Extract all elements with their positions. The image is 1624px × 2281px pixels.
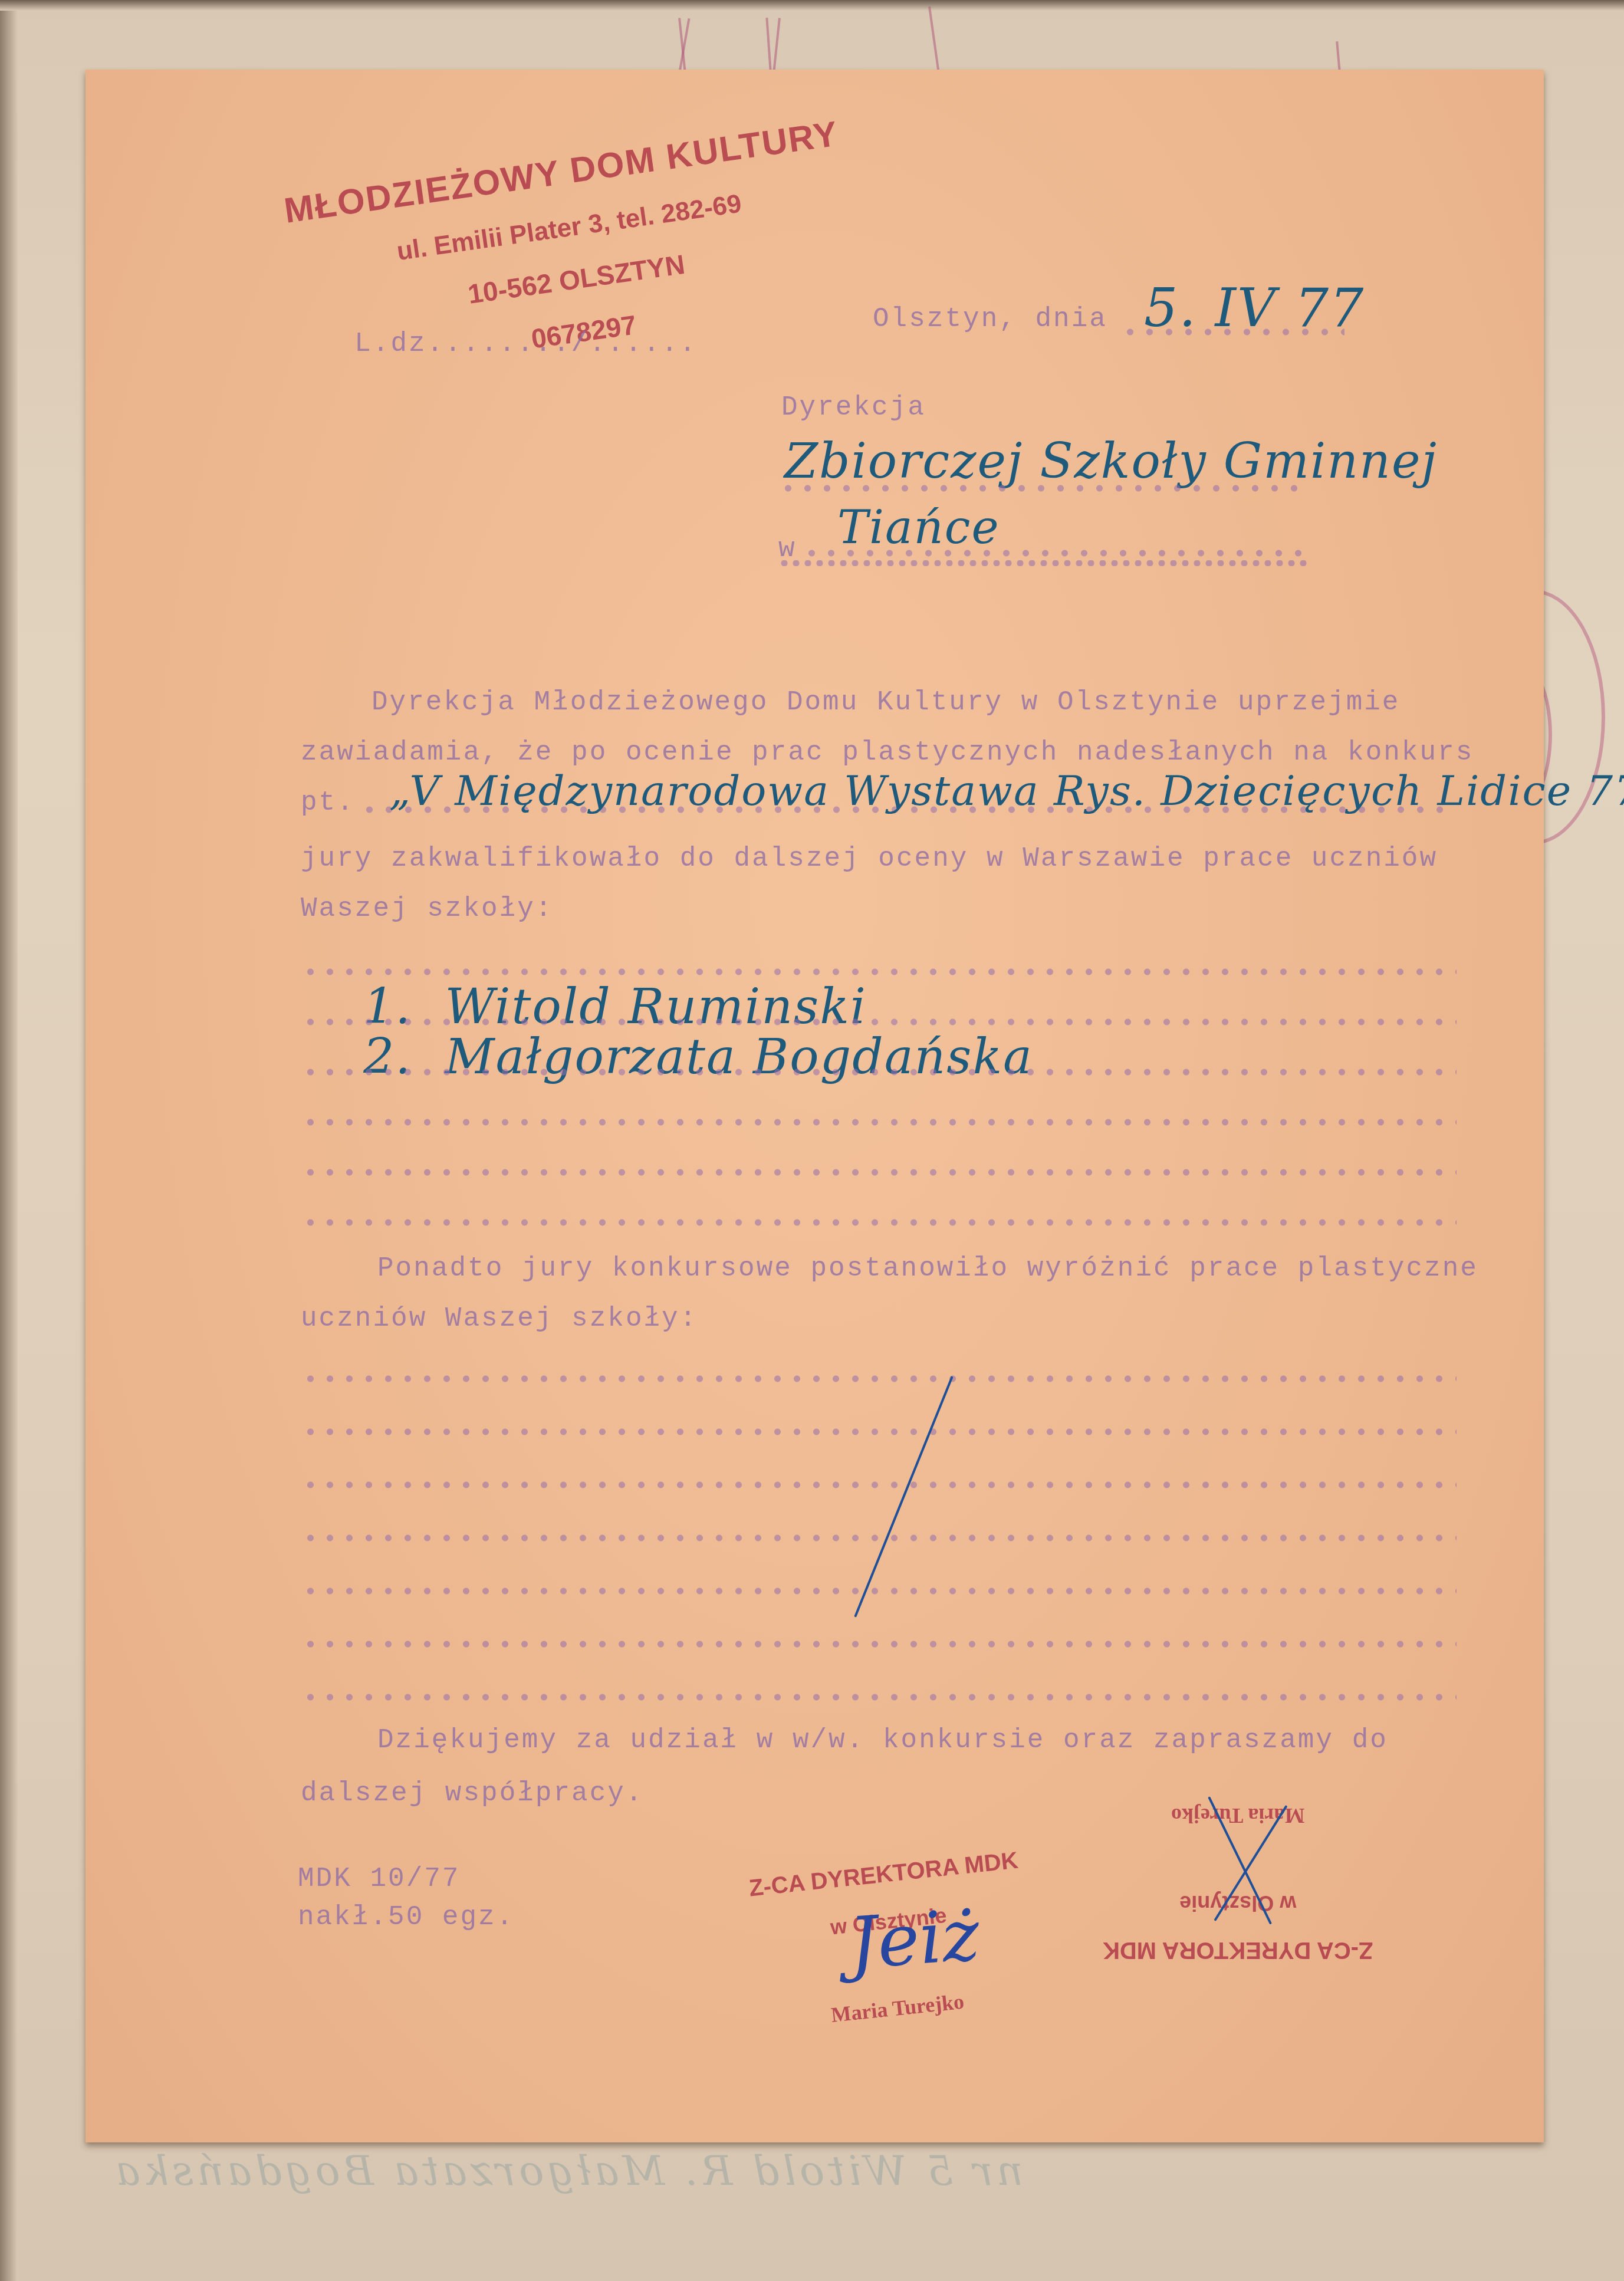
body-line: Dyrekcja Młodzieżowego Domu Kultury w Ol… xyxy=(372,687,1400,718)
pencil-mark xyxy=(928,6,940,74)
body-line: Waszej szkoły: xyxy=(301,893,553,924)
addressee-dotted-line xyxy=(778,484,1309,493)
pencil-mark xyxy=(765,18,772,74)
body-line: Dziękujemy za udział w w/w. konkursie or… xyxy=(377,1725,1388,1756)
body-line: dalszej współpracy. xyxy=(301,1778,644,1809)
distinction-dotted-line xyxy=(301,1533,1457,1543)
stamp-signatory-name: Maria Turejko xyxy=(1103,1803,1373,1828)
list-dotted-line xyxy=(301,1118,1457,1127)
pencil-mark xyxy=(1336,41,1341,74)
footer-ref: MDK 10/77 xyxy=(298,1863,460,1894)
reference-value: ......./...... xyxy=(445,328,697,359)
stamp-title: Z-CA DYREKTORA MDK xyxy=(748,1848,1020,1902)
addressee-underline xyxy=(778,560,1309,566)
pencil-mark xyxy=(772,18,781,74)
reference-label-text: L.dz. xyxy=(354,328,445,359)
voided-stamp: Z-CA DYREKTORA MDK w Olsztynie Maria Tur… xyxy=(1103,1793,1373,1984)
handwritten-addressee-town: Tiańce xyxy=(837,501,1000,554)
distinction-dotted-line xyxy=(301,1427,1457,1437)
addressee-dotted-line-2 xyxy=(802,548,1309,558)
addressee-label: Dyrekcja xyxy=(781,392,926,423)
body-line: Ponadto jury konkursowe postanowiło wyró… xyxy=(377,1253,1478,1284)
list-dotted-line xyxy=(301,1017,1457,1027)
handwritten-date: 5. IV 77 xyxy=(1144,277,1365,339)
footer-print-run: nakł.50 egz. xyxy=(298,1902,514,1932)
distinction-dotted-line xyxy=(301,1692,1457,1702)
body-line: jury zakwalifikowało do dalszej oceny w … xyxy=(301,843,1438,874)
distinction-dotted-line xyxy=(301,1586,1457,1596)
body-line: zawiadamia, że po ocenie prac plastyczny… xyxy=(301,737,1474,768)
reference-label: L.dz......../...... xyxy=(318,298,698,359)
body-line-prefix: pt. xyxy=(301,787,355,818)
distinction-dotted-line xyxy=(301,1639,1457,1649)
list-dotted-line xyxy=(301,1218,1457,1227)
body-line: uczniów Waszej szkoły: xyxy=(301,1303,698,1334)
handwritten-addressee-school: Zbiorczej Szkoły Gminnej xyxy=(784,433,1438,489)
list-dotted-line xyxy=(301,1168,1457,1177)
date-place-label: Olsztyn, dnia xyxy=(873,304,1107,334)
handwritten-contest-title: „V Międzynarodowa Wystawa Rys. Dziecięcy… xyxy=(389,767,1624,815)
distinction-dotted-line xyxy=(301,1480,1457,1490)
list-dotted-line xyxy=(301,1067,1457,1077)
backing-sheet-top-edge xyxy=(0,0,1624,11)
handwritten-signature: Jeiż xyxy=(846,1894,982,1985)
backing-sheet-edge xyxy=(0,0,18,2281)
distinction-dotted-line xyxy=(301,1374,1457,1383)
stamp-city: w Olsztynie xyxy=(1103,1891,1373,1915)
backing-show-through-note: nr 5 Witold R. Małgorzata Bogdańska xyxy=(112,2147,1023,2195)
stamp-title: Z-CA DYREKTORA MDK xyxy=(1103,1937,1373,1963)
